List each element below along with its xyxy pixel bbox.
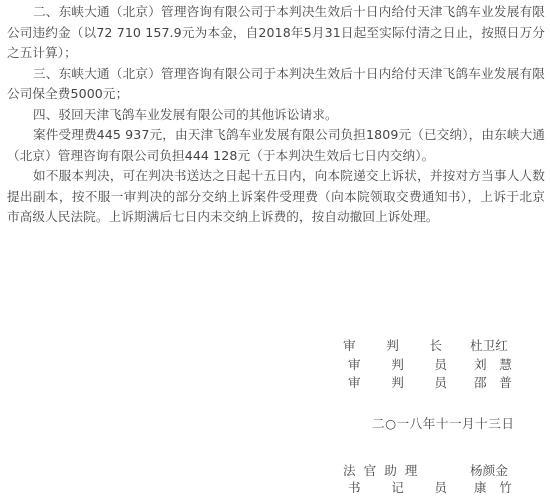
role-label: 审 判 员 [348, 372, 456, 391]
signer-name: 邵 普 [474, 372, 512, 391]
paragraph-item-4: 四、驳回天津飞鸽车业发展有限公司的其他诉讼请求。 [7, 105, 545, 126]
paragraph-item-2: 二、东峡大通（北京）管理咨询有限公司于本判决生效后十日内给付天津飞鸽车业发展有限… [7, 2, 545, 64]
role-label: 审 判 长 [343, 335, 451, 354]
role-label: 书 记 员 [348, 477, 456, 496]
paragraph-appeal-notice: 如不服本判决，可在判决书送达之日起十五日内，向本院递交上诉状，并按对方当事人人数… [7, 166, 545, 228]
paragraph-item-3: 三、东峡大通（北京）管理咨询有限公司于本判决生效后十日内给付天津飞鸽车业发展有限… [7, 64, 545, 105]
date-text: 二○一八年十一月十三日 [372, 413, 514, 432]
signer-name: 刘 慧 [474, 354, 512, 373]
role-label: 审 判 员 [348, 354, 456, 373]
signer-name: 康 竹 [474, 477, 512, 496]
signature-clerk: 书 记 员 康 竹 [0, 477, 550, 497]
signature-judge-2: 审 判 员 邵 普 [0, 372, 550, 392]
judgment-date: 二○一八年十一月十三日 [0, 413, 550, 433]
signature-presiding-judge: 审 判 长 杜卫红 [0, 335, 550, 355]
judgment-body: 二、东峡大通（北京）管理咨询有限公司于本判决生效后十日内给付天津飞鸽车业发展有限… [7, 2, 545, 228]
signature-judge-1: 审 判 员 刘 慧 [0, 354, 550, 374]
signer-name: 杜卫红 [470, 335, 508, 354]
paragraph-case-fee: 案件受理费445 937元，由天津飞鸽车业发展有限公司负担1809元（已交纳），… [7, 125, 545, 166]
